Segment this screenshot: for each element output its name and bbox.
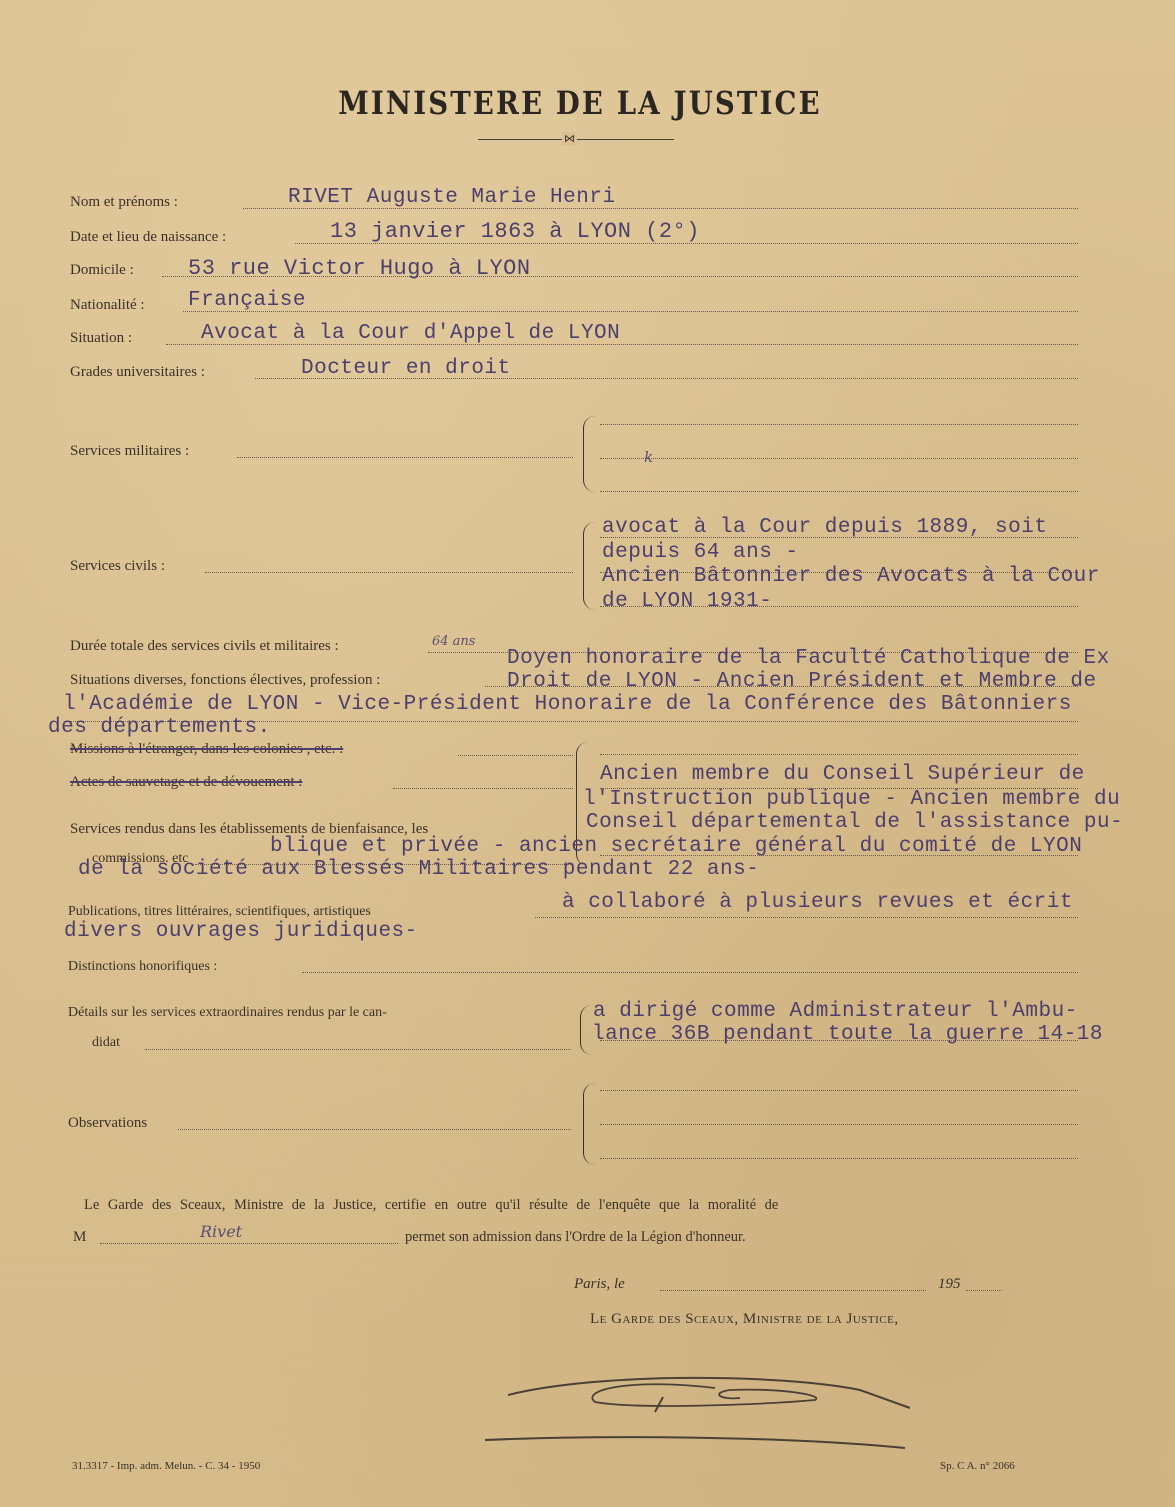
brace-services-civils xyxy=(583,522,597,610)
signature-place: Paris, le xyxy=(574,1276,625,1293)
field-label-duree-totale: Durée totale des services civils et mili… xyxy=(70,638,339,655)
signature-title: Le Garde des Sceaux, Ministre de la Just… xyxy=(590,1311,899,1328)
field-value-publications-line-1[interactable]: à collaboré à plusieurs revues et écrit xyxy=(562,891,1073,914)
field-value-services-civils-line-4[interactable]: de LYON 1931- xyxy=(602,590,772,613)
field-value-nom[interactable]: RIVET Auguste Marie Henri xyxy=(288,186,616,209)
certification-name[interactable]: Rivet xyxy=(200,1222,242,1241)
field-value-duree-totale[interactable]: 64 ans xyxy=(432,634,475,649)
field-label-naissance: Date et lieu de naissance : xyxy=(70,229,226,246)
field-label-services-civils: Services civils : xyxy=(70,558,165,575)
field-label-observations: Observations xyxy=(68,1115,147,1132)
ornament-icon: ⋈ xyxy=(562,132,577,145)
field-value-situations-diverses-line-2[interactable]: Droit de LYON - Ancien Président et Memb… xyxy=(507,670,1097,693)
field-label-distinctions: Distinctions honorifiques : xyxy=(68,959,217,975)
field-label-publications: Publications, titres littéraires, scient… xyxy=(68,904,371,920)
brace-services-militaires xyxy=(583,416,597,492)
field-value-services-rendus-line-1[interactable]: Ancien membre du Conseil Supérieur de xyxy=(600,763,1085,786)
field-line-observations-2 xyxy=(600,1124,1078,1125)
field-value-details-line-2[interactable]: lance 36B pendant toute la guerre 14-18 xyxy=(592,1023,1103,1046)
field-line-services-rendus-1 xyxy=(600,754,1078,755)
field-value-services-militaires[interactable]: k xyxy=(644,448,653,466)
field-value-publications-line-2[interactable]: divers ouvrages juridiques- xyxy=(64,920,418,943)
field-label-nom: Nom et prénoms : xyxy=(70,194,178,211)
field-line-publications xyxy=(535,917,1078,918)
field-line-observations-1 xyxy=(600,1090,1078,1091)
field-line-services-militaires-2 xyxy=(600,458,1078,459)
field-value-situations-diverses-line-1[interactable]: Doyen honoraire de la Faculté Catholique… xyxy=(507,647,1110,670)
field-value-details-line-1[interactable]: a dirigé comme Administrateur l'Ambu- xyxy=(593,1000,1078,1023)
field-line-observations xyxy=(178,1129,571,1130)
field-label-nationalite: Nationalité : xyxy=(70,297,145,314)
field-label-details: Détails sur les services extraordinaires… xyxy=(68,1005,387,1021)
field-value-services-civils-line-2[interactable]: depuis 64 ans - xyxy=(602,541,799,564)
certification-suffix: permet son admission dans l'Ordre de la … xyxy=(405,1229,746,1246)
field-value-naissance[interactable]: 13 janvier 1863 à LYON (2°) xyxy=(330,219,700,244)
field-label-domicile: Domicile : xyxy=(70,262,134,279)
field-line-nationalite xyxy=(183,311,1078,312)
field-value-situations-diverses-line-4[interactable]: des départements. xyxy=(48,716,271,739)
certification-text: Le Garde des Sceaux, Ministre de la Just… xyxy=(84,1197,778,1214)
field-line-distinctions xyxy=(302,972,1078,973)
field-value-services-rendus-line-3[interactable]: Conseil départemental de l'assistance pu… xyxy=(586,811,1123,834)
field-value-nationalite[interactable]: Française xyxy=(188,289,306,312)
field-line-services-militaires xyxy=(237,457,573,458)
field-label-missions: Missions à l'étranger, dans les colonies… xyxy=(70,741,343,758)
field-line-services-civils xyxy=(205,572,573,573)
signature-year: 195 xyxy=(938,1276,961,1293)
brace-observations xyxy=(583,1083,597,1165)
certification-prefix: M xyxy=(73,1229,86,1246)
certification-name-line xyxy=(100,1243,398,1244)
field-value-services-civils-line-3[interactable]: Ancien Bâtonnier des Avocats à la Cour xyxy=(602,565,1100,588)
signature-year-line xyxy=(966,1290,1002,1291)
field-line-observations-3 xyxy=(600,1158,1078,1159)
footer-print-ref: 31.3317 - Imp. adm. Melun. - C. 34 - 195… xyxy=(72,1460,260,1472)
field-value-situations-diverses-line-3[interactable]: l'Académie de LYON - Vice-Président Hono… xyxy=(63,693,1072,716)
field-label-situation: Situation : xyxy=(70,330,132,347)
footer-form-ref: Sp. C A. n° 2066 xyxy=(940,1460,1015,1472)
field-value-services-rendus-line-2[interactable]: l'Instruction publique - Ancien membre d… xyxy=(583,788,1120,811)
field-line-services-militaires-1 xyxy=(600,424,1078,425)
field-line-details xyxy=(145,1049,571,1050)
field-label-services-militaires: Services militaires : xyxy=(70,443,189,460)
field-label-situations-diverses: Situations diverses, fonctions électives… xyxy=(70,672,380,689)
field-label-details-2: didat xyxy=(92,1035,120,1051)
signature-date-line xyxy=(660,1290,926,1291)
field-value-services-rendus-line-4[interactable]: blique et privée - ancien secrétaire gén… xyxy=(270,835,1082,858)
field-value-services-rendus-line-5[interactable]: de la société aux Blessés Militaires pen… xyxy=(78,858,759,881)
signature-icon xyxy=(480,1360,910,1450)
field-value-services-civils-line-1[interactable]: avocat à la Cour depuis 1889, soit xyxy=(602,516,1047,539)
field-value-situation[interactable]: Avocat à la Cour d'Appel de LYON xyxy=(201,322,620,345)
field-label-grades: Grades universitaires : xyxy=(70,364,205,381)
field-value-domicile[interactable]: 53 rue Victor Hugo à LYON xyxy=(188,256,531,281)
page-title: MINISTERE DE LA JUSTICE xyxy=(81,84,1079,122)
field-label-actes: Actes de sauvetage et de dévouement : xyxy=(70,774,302,791)
field-value-grades[interactable]: Docteur en droit xyxy=(301,357,511,380)
field-line-services-militaires-3 xyxy=(600,491,1078,492)
field-line-missions xyxy=(458,755,573,756)
field-line-actes xyxy=(393,788,573,789)
